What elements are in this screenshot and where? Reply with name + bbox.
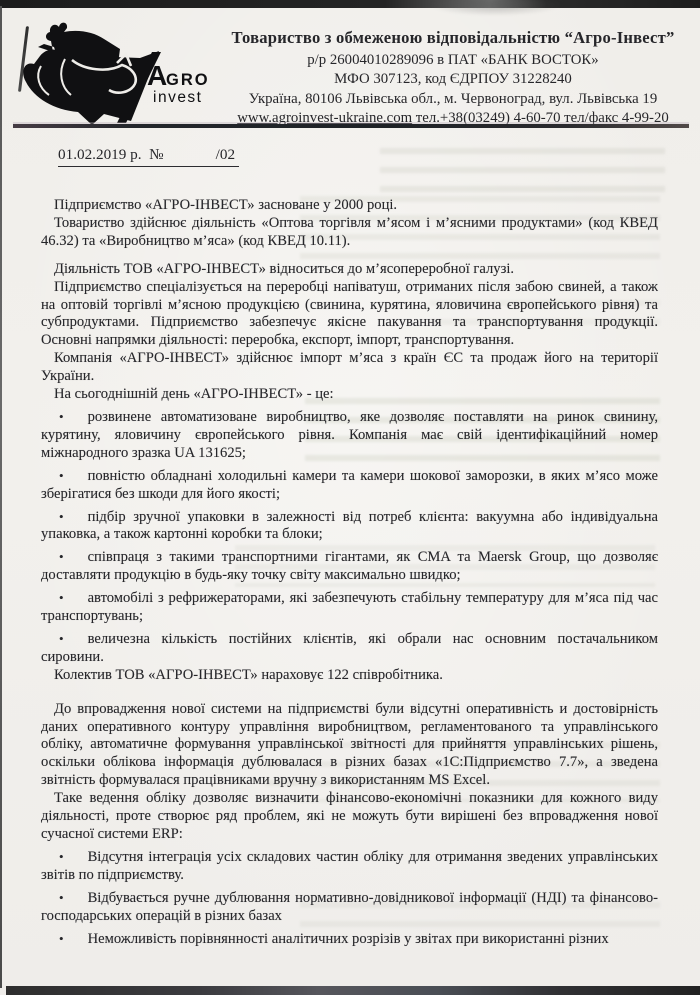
bullet-icon: • xyxy=(59,468,64,483)
number-value: /02 xyxy=(216,146,235,163)
logo-brand-initial: A xyxy=(147,60,167,91)
logo-brand-rest: GRO xyxy=(166,71,210,89)
letterhead-text: Товариство з обмеженою відповідальністю … xyxy=(222,28,684,129)
bullet-text: автомобілі з рефрижераторами, які забезп… xyxy=(41,590,658,624)
paragraph-spacer xyxy=(41,685,658,701)
paragraph: Таке ведення обліку дозволяє визначити ф… xyxy=(41,790,658,844)
bullet-text: повністю обладнані холодильні камери та … xyxy=(41,468,658,502)
document-date: 01.02.2019 р. xyxy=(58,146,142,163)
paragraph: До впровадження нової системи на підприє… xyxy=(41,701,658,791)
bullet-icon: • xyxy=(59,931,64,946)
bullet-text: величезна кількість постійних клієнтів, … xyxy=(41,631,658,665)
bullet-icon: • xyxy=(59,631,64,646)
header-divider xyxy=(13,124,689,128)
paragraph: На сьогоднішній день «АГРО-ІНВЕСТ» - це: xyxy=(41,386,658,404)
bullet-icon: • xyxy=(59,590,64,605)
bullet-text: розвинене автоматизоване виробництво, як… xyxy=(41,409,658,461)
scan-edge-bottom xyxy=(6,986,700,995)
paragraph: Колектив ТОВ «АГРО-ІНВЕСТ» нараховує 122… xyxy=(41,667,658,685)
registration-line: МФО 307123, код ЄДРПОУ 31228240 xyxy=(222,70,684,90)
document-body: Підприємство «АГРО-ІНВЕСТ» засноване у 2… xyxy=(41,197,658,948)
bullet-item: •автомобілі з рефрижераторами, які забез… xyxy=(41,589,658,626)
paragraph: Товариство здійснює діяльність «Оптова т… xyxy=(41,215,658,251)
paragraph: Підприємство спеціалізується на переробц… xyxy=(41,279,658,351)
bullet-text: Відсутня інтеграція усіх складових части… xyxy=(41,849,658,883)
bullet-item: •Відсутня інтеграція усіх складових част… xyxy=(41,848,658,885)
bullet-icon: • xyxy=(59,409,64,424)
bleedthrough-artifact xyxy=(380,148,665,192)
bullet-item: •Неможливість порівнянності аналітичних … xyxy=(41,930,658,949)
bullet-icon: • xyxy=(59,509,64,524)
paragraph: Діяльність ТОВ «АГРО-ІНВЕСТ» відноситься… xyxy=(41,261,658,279)
bullet-icon: • xyxy=(59,890,64,905)
letterhead: A GRO invest Товариство з обмеженою відп… xyxy=(0,0,700,130)
number-label: № xyxy=(149,146,164,163)
paragraph: Підприємство «АГРО-ІНВЕСТ» засноване у 2… xyxy=(41,197,658,215)
paragraph: Компанія «АГРО-ІНВЕСТ» здійснює імпорт м… xyxy=(41,350,658,386)
bullet-icon: • xyxy=(59,849,64,864)
bullet-item: •розвинене автоматизоване виробництво, я… xyxy=(41,408,658,463)
paragraph-spacer xyxy=(41,251,658,261)
bullet-item: •повністю обладнані холодильні камери та… xyxy=(41,467,658,504)
company-name: Товариство з обмеженою відповідальністю … xyxy=(222,28,684,48)
company-logo: A GRO invest xyxy=(20,18,220,128)
bullet-text: Неможливість порівнянності аналітичних р… xyxy=(88,931,609,947)
bullet-text: співпраця з такими транспортними гіганта… xyxy=(41,549,658,583)
date-number-line: 01.02.2019 р. №/02 xyxy=(58,146,239,167)
bullet-icon: • xyxy=(59,549,64,564)
scan-edge-left xyxy=(0,6,2,988)
address-line: Україна, 80106 Львівська обл., м. Червон… xyxy=(222,90,684,110)
bullet-item: •підбір зручної упаковки в залежності ві… xyxy=(41,508,658,545)
logo-brand-secondary: invest xyxy=(153,89,203,106)
bullet-text: Відбувається ручне дублювання нормативно… xyxy=(41,890,658,924)
bullet-text: підбір зручної упаковки в залежності від… xyxy=(41,509,658,543)
bank-account-line: р/р 26004010289096 в ПАТ «БАНК ВОСТОК» xyxy=(222,51,684,71)
bullet-item: •співпраця з такими транспортними гігант… xyxy=(41,548,658,585)
bullet-item: •величезна кількість постійних клієнтів,… xyxy=(41,630,658,667)
bullet-item: •Відбувається ручне дублювання нормативн… xyxy=(41,889,658,926)
scanned-document-page: A GRO invest Товариство з обмеженою відп… xyxy=(0,0,700,995)
livestock-logo-icon: A GRO invest xyxy=(20,18,220,128)
